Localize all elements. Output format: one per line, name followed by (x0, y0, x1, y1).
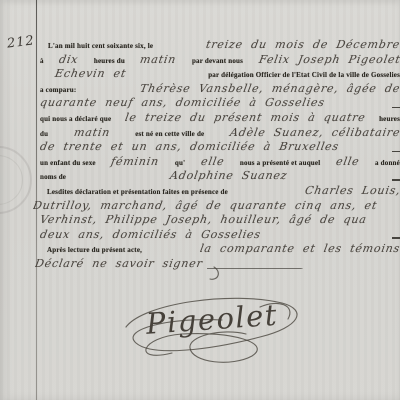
act-line: Dutrilloy, marchand, âgé de quarante cin… (33, 199, 400, 214)
act-number: 212 (6, 33, 35, 51)
handwritten-text: elle (200, 155, 226, 170)
printed-form-text: qu' (175, 156, 185, 170)
printed-form-text: a comparu: (40, 83, 76, 97)
register-page: 212 L'an mil huit cent soixante six, let… (0, 0, 400, 400)
act-line: dumatinest né en cette ville deAdèle Sua… (40, 126, 400, 141)
act-line: qui nous a déclaré quele treize du prése… (40, 111, 400, 126)
handwritten-text: Echevin et (54, 67, 128, 82)
handwritten-text: Charles Louis, (303, 184, 400, 199)
act-line: quarante neuf ans, domiciliée à Gosselie… (40, 96, 400, 111)
act-line: deux ans, domiciliés à Gosselies (40, 228, 400, 243)
signature-top-stroke (210, 267, 218, 279)
handwritten-text: dix (58, 53, 80, 68)
handwritten-text: de trente et un ans, domiciliée à Bruxel… (40, 140, 340, 155)
handwritten-text: la comparante et les témoins (199, 242, 400, 257)
printed-form-text: nous a présenté et auquel (240, 156, 320, 170)
handwritten-text: Dutrilloy, marchand, âgé de quarante cin… (33, 199, 378, 214)
act-line: Après lecture du présent acte,la compara… (40, 242, 400, 257)
handwritten-text: deux ans, domiciliés à Gosselies (40, 228, 262, 243)
printed-form-text: à (40, 54, 44, 68)
handwritten-text: Verhinst, Philippe Joseph, houilleur, âg… (40, 213, 368, 228)
handwritten-text: quarante neuf ans, domiciliée à Gosselie… (40, 96, 326, 111)
handwritten-text: matin (139, 53, 178, 68)
printed-form-text: par devant nous (192, 54, 243, 68)
printed-form-text: Lesdites déclaration et présentation fai… (47, 185, 228, 199)
embossed-stamp-icon (0, 146, 32, 214)
printed-form-text: est né en cette ville de (135, 127, 204, 141)
act-line: Verhinst, Philippe Joseph, houilleur, âg… (40, 213, 400, 228)
officiant-signature: Pigeolet (110, 263, 322, 373)
handwritten-text: féminin (110, 155, 160, 170)
printed-form-text: un enfant du sexe (40, 156, 96, 170)
act-line: Lesdites déclaration et présentation fai… (40, 184, 400, 199)
printed-form-text: Après lecture du présent acte, (47, 243, 142, 257)
handwritten-text: elle (335, 155, 361, 170)
act-line: a comparu:Thérèse Vansbelle, ménagère, â… (40, 82, 400, 97)
act-line: L'an mil huit cent soixante six, letreiz… (40, 38, 400, 53)
printed-form-text: noms de (40, 170, 66, 184)
printed-form-text: L'an mil huit cent soixante six, le (48, 39, 153, 53)
act-line: Echevin etpar délégation Officier de l'E… (40, 67, 400, 82)
signature-name: Pigeolet (144, 298, 279, 341)
printed-form-text: heures (379, 112, 400, 126)
handwritten-text: Felix Joseph Pigeolet (257, 53, 400, 68)
handwritten-text: le treize du présent mois à quatre (124, 111, 367, 126)
printed-form-text: heures du (94, 54, 125, 68)
printed-form-text: par délégation Officier de l'Etat Civil … (208, 68, 400, 82)
act-line: de trente et un ans, domiciliée à Bruxel… (40, 140, 400, 155)
fill-in-line (392, 107, 400, 108)
printed-form-text: a donné (375, 156, 400, 170)
handwritten-text: matin (72, 126, 111, 141)
act-body: L'an mil huit cent soixante six, letreiz… (40, 38, 400, 272)
fill-in-line (392, 237, 400, 239)
printed-form-text: qui nous a déclaré que (40, 112, 111, 126)
fill-in-line (392, 179, 400, 181)
fill-in-line (392, 151, 400, 152)
act-line: àdixheures dumatinpar devant nousFelix J… (40, 53, 400, 68)
handwritten-text: Thérèse Vansbelle, ménagère, âgée de (139, 82, 400, 97)
handwritten-text: Adolphine Suanez (169, 169, 289, 184)
printed-form-text: du (40, 127, 48, 141)
handwritten-text: Adèle Suanez, célibataire (229, 126, 400, 141)
act-line: un enfant du sexefémininqu'ellenous a pr… (40, 155, 400, 170)
handwritten-text: treize du mois de Décembre (205, 38, 400, 53)
act-line: noms deAdolphine Suanez (40, 169, 400, 184)
